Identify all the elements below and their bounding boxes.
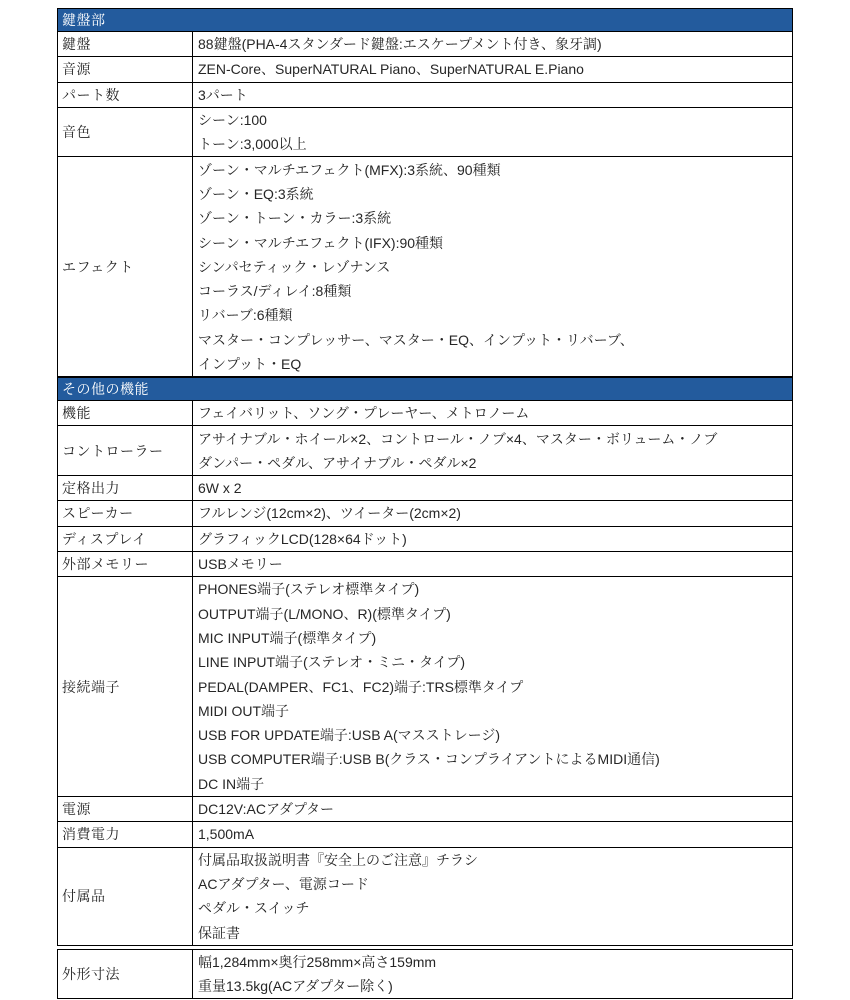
row-label: ディスプレイ	[58, 527, 193, 551]
spec-table-footer-block: 外形寸法幅1,284mm×奥行258mm×高さ159mm重量13.5kg(ACア…	[57, 949, 793, 1000]
row-label: 定格出力	[58, 476, 193, 500]
row-label: 音色	[58, 108, 193, 157]
row-value-line: ゾーン・EQ:3系統	[198, 182, 792, 206]
row-label: パート数	[58, 83, 193, 107]
table-row: 音色シーン:100トーン:3,000以上	[58, 107, 792, 157]
row-value-line: DC IN端子	[198, 772, 792, 796]
row-value: フェイバリット、ソング・プレーヤー、メトロノーム	[193, 401, 792, 425]
row-value-line: グラフィックLCD(128×64ドット)	[198, 527, 792, 551]
table-row: パート数3パート	[58, 82, 792, 107]
row-value: フルレンジ(12cm×2)、ツイーター(2cm×2)	[193, 501, 792, 525]
row-value: ゾーン・マルチエフェクト(MFX):3系統、90種類ゾーン・EQ:3系統ゾーン・…	[193, 157, 792, 376]
row-value-line: アサイナブル・ホイール×2、コントロール・ノブ×4、マスター・ボリューム・ノブ	[198, 426, 792, 450]
spec-table-section: 鍵盤部鍵盤88鍵盤(PHA-4スタンダード鍵盤:エスケープメント付き、象牙調)音…	[57, 8, 793, 377]
row-value-line: 重量13.5kg(ACアダプター除く)	[198, 974, 792, 998]
row-value-line: トーン:3,000以上	[198, 132, 792, 156]
row-value-line: 88鍵盤(PHA-4スタンダード鍵盤:エスケープメント付き、象牙調)	[198, 32, 792, 56]
row-label: 鍵盤	[58, 32, 193, 56]
row-label: エフェクト	[58, 157, 193, 376]
row-value-line: ダンパー・ペダル、アサイナブル・ペダル×2	[198, 451, 792, 475]
row-label: 接続端子	[58, 577, 193, 796]
row-label: コントローラー	[58, 426, 193, 475]
row-label: 機能	[58, 401, 193, 425]
row-value-line: コーラス/ディレイ:8種類	[198, 279, 792, 303]
row-value-line: MIC INPUT端子(標準タイプ)	[198, 626, 792, 650]
row-label: スピーカー	[58, 501, 193, 525]
row-label: 外形寸法	[58, 950, 193, 999]
row-value-line: ゾーン・マルチエフェクト(MFX):3系統、90種類	[198, 157, 792, 181]
row-value: アサイナブル・ホイール×2、コントロール・ノブ×4、マスター・ボリューム・ノブダ…	[193, 426, 792, 475]
row-value-line: USB COMPUTER端子:USB B(クラス・コンプライアントによるMIDI…	[198, 747, 792, 771]
row-value: 88鍵盤(PHA-4スタンダード鍵盤:エスケープメント付き、象牙調)	[193, 32, 792, 56]
row-value: DC12V:ACアダプター	[193, 797, 792, 821]
row-value-line: 付属品取扱説明書『安全上のご注意』チラシ	[198, 848, 792, 872]
section-header: 鍵盤部	[58, 9, 792, 31]
row-value-line: ゾーン・トーン・カラー:3系統	[198, 206, 792, 230]
row-value: ZEN-Core、SuperNATURAL Piano、SuperNATURAL…	[193, 57, 792, 81]
row-value-line: 1,500mA	[198, 822, 792, 846]
row-value-line: フェイバリット、ソング・プレーヤー、メトロノーム	[198, 401, 792, 425]
row-value-line: DC12V:ACアダプター	[198, 797, 792, 821]
spec-table: 鍵盤部鍵盤88鍵盤(PHA-4スタンダード鍵盤:エスケープメント付き、象牙調)音…	[57, 8, 793, 999]
table-row: 付属品付属品取扱説明書『安全上のご注意』チラシACアダプター、電源コードペダル・…	[58, 847, 792, 945]
row-value-line: PEDAL(DAMPER、FC1、FC2)端子:TRS標準タイプ	[198, 674, 792, 698]
row-value-line: ペダル・スイッチ	[198, 896, 792, 920]
table-row: スピーカーフルレンジ(12cm×2)、ツイーター(2cm×2)	[58, 500, 792, 525]
section-header: その他の機能	[58, 378, 792, 400]
row-value-line: PHONES端子(ステレオ標準タイプ)	[198, 577, 792, 601]
table-row: 接続端子PHONES端子(ステレオ標準タイプ)OUTPUT端子(L/MONO、R…	[58, 576, 792, 796]
spec-table-section: その他の機能機能フェイバリット、ソング・プレーヤー、メトロノームコントローラーア…	[57, 377, 793, 946]
table-row: エフェクトゾーン・マルチエフェクト(MFX):3系統、90種類ゾーン・EQ:3系…	[58, 156, 792, 376]
row-value-line: ZEN-Core、SuperNATURAL Piano、SuperNATURAL…	[198, 57, 792, 81]
table-row: ディスプレイグラフィックLCD(128×64ドット)	[58, 526, 792, 551]
row-value-line: シンパセティック・レゾナンス	[198, 255, 792, 279]
table-row: 外形寸法幅1,284mm×奥行258mm×高さ159mm重量13.5kg(ACア…	[58, 950, 792, 999]
row-label: 音源	[58, 57, 193, 81]
row-value-line: ACアダプター、電源コード	[198, 872, 792, 896]
table-row: 音源ZEN-Core、SuperNATURAL Piano、SuperNATUR…	[58, 56, 792, 81]
row-value-line: フルレンジ(12cm×2)、ツイーター(2cm×2)	[198, 501, 792, 525]
spec-sheet-page: 鍵盤部鍵盤88鍵盤(PHA-4スタンダード鍵盤:エスケープメント付き、象牙調)音…	[0, 0, 850, 1000]
row-value-line: シーン・マルチエフェクト(IFX):90種類	[198, 230, 792, 254]
row-value-line: リバーブ:6種類	[198, 303, 792, 327]
row-label: 電源	[58, 797, 193, 821]
row-value: 付属品取扱説明書『安全上のご注意』チラシACアダプター、電源コードペダル・スイッ…	[193, 848, 792, 945]
row-label: 付属品	[58, 848, 193, 945]
table-row: 消費電力1,500mA	[58, 821, 792, 846]
row-label: 外部メモリー	[58, 552, 193, 576]
row-value-line: USB FOR UPDATE端子:USB A(マスストレージ)	[198, 723, 792, 747]
row-value-line: USBメモリー	[198, 552, 792, 576]
row-value-line: LINE INPUT端子(ステレオ・ミニ・タイプ)	[198, 650, 792, 674]
row-value-line: インプット・EQ	[198, 352, 792, 376]
row-value: 3パート	[193, 83, 792, 107]
table-row: 鍵盤88鍵盤(PHA-4スタンダード鍵盤:エスケープメント付き、象牙調)	[58, 31, 792, 56]
row-value: PHONES端子(ステレオ標準タイプ)OUTPUT端子(L/MONO、R)(標準…	[193, 577, 792, 796]
row-value: 1,500mA	[193, 822, 792, 846]
table-row: 機能フェイバリット、ソング・プレーヤー、メトロノーム	[58, 400, 792, 425]
row-value: USBメモリー	[193, 552, 792, 576]
row-value-line: マスター・コンプレッサー、マスター・EQ、インプット・リバーブ、	[198, 328, 792, 352]
row-value-line: 3パート	[198, 83, 792, 107]
row-value-line: 6W x 2	[198, 476, 792, 500]
table-row: 外部メモリーUSBメモリー	[58, 551, 792, 576]
row-value-line: 保証書	[198, 920, 792, 944]
row-value: グラフィックLCD(128×64ドット)	[193, 527, 792, 551]
row-label: 消費電力	[58, 822, 193, 846]
row-value: 6W x 2	[193, 476, 792, 500]
row-value: 幅1,284mm×奥行258mm×高さ159mm重量13.5kg(ACアダプター…	[193, 950, 792, 999]
row-value: シーン:100トーン:3,000以上	[193, 108, 792, 157]
row-value-line: OUTPUT端子(L/MONO、R)(標準タイプ)	[198, 602, 792, 626]
table-row: コントローラーアサイナブル・ホイール×2、コントロール・ノブ×4、マスター・ボリ…	[58, 425, 792, 475]
row-value-line: 幅1,284mm×奥行258mm×高さ159mm	[198, 950, 792, 974]
row-value-line: MIDI OUT端子	[198, 699, 792, 723]
table-row: 電源DC12V:ACアダプター	[58, 796, 792, 821]
table-row: 定格出力6W x 2	[58, 475, 792, 500]
row-value-line: シーン:100	[198, 108, 792, 132]
